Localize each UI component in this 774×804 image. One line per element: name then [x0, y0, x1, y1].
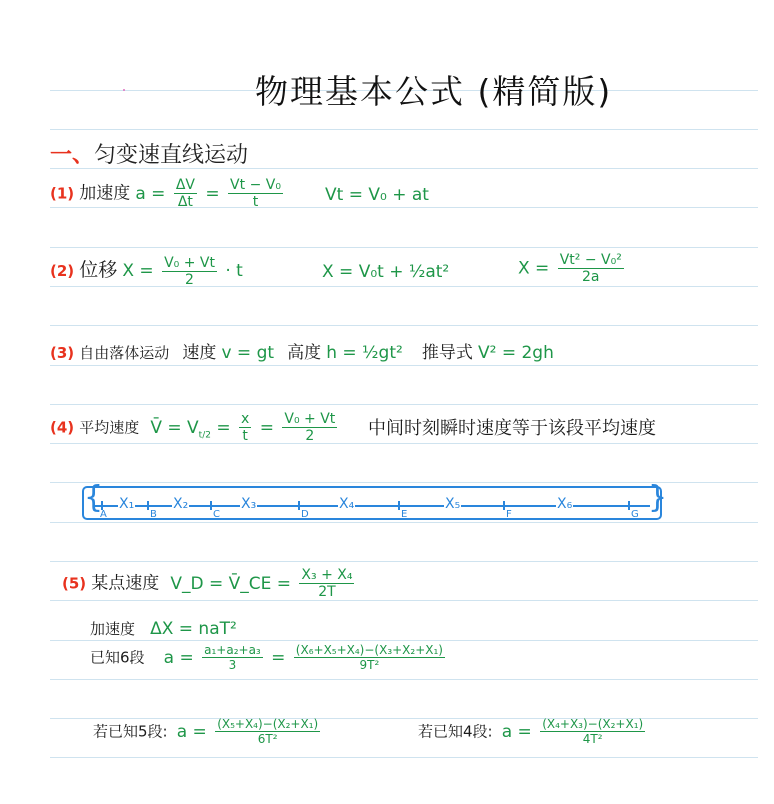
item-4-average-velocity: (4) 平均速度 V̄ = Vt/2 = xt = V₀ + Vt2: [50, 412, 340, 443]
formula: a = (X₄+X₃)−(X₂+X₁)4T²: [502, 722, 649, 742]
item-1-acceleration: (1) 加速度 a = ΔVΔt = Vt − V₀t: [50, 178, 286, 209]
rule-line: [50, 365, 758, 366]
segment-label: X₅: [444, 496, 461, 512]
item-number: (1): [50, 185, 74, 203]
fraction: V₀ + Vt2: [162, 256, 217, 287]
segment-label: X₃: [240, 496, 257, 512]
rule-line: [50, 757, 758, 758]
rule-line: [50, 129, 758, 130]
fraction: X₃ + X₄2T: [299, 568, 354, 599]
segment-label: X₁: [118, 496, 135, 512]
fraction: (X₅+X₄)−(X₂+X₁)6T²: [215, 718, 320, 745]
derived-label: 推导式: [422, 343, 473, 363]
four-label: 若已知4段:: [418, 723, 493, 741]
rule-line: [50, 640, 758, 641]
point-label: E: [401, 509, 407, 520]
item-2-displacement: (2) 位移 X = V₀ + Vt2 · t: [50, 255, 243, 287]
section-title: 匀变速直线运动: [94, 143, 248, 168]
point-label: F: [506, 509, 512, 520]
fraction: (X₆+X₅+X₄)−(X₃+X₂+X₁)9T²: [294, 644, 445, 671]
formula-x2: X = V₀t + ½at²: [322, 262, 449, 282]
rule-line: [50, 247, 758, 248]
formula: X = V₀ + Vt2 · t: [122, 261, 242, 281]
tick-d: [298, 501, 300, 510]
formula-vt: Vt = V₀ + at: [325, 185, 429, 205]
derived-formula: V² = 2gh: [478, 343, 554, 363]
point-label: B: [150, 509, 157, 520]
right-brace-icon: }: [648, 483, 667, 513]
five-segments-formula: 若已知5段: a = (X₅+X₄)−(X₂+X₁)6T²: [93, 718, 323, 745]
fraction: ΔVΔt: [174, 178, 197, 209]
formula-x3: X = Vt² − V₀²2a: [518, 253, 627, 284]
height-formula: h = ½gt²: [326, 343, 403, 363]
six-segments-formula: 已知6段 a = a₁+a₂+a₃3 = (X₆+X₅+X₄)−(X₃+X₂+X…: [90, 644, 448, 671]
point-label: C: [213, 509, 220, 520]
item-label: 加速度: [79, 184, 130, 204]
item-label: 位移: [79, 259, 117, 281]
acceleration-delta-x: 加速度 ΔX = naT²: [90, 618, 237, 639]
five-label: 若已知5段:: [93, 723, 168, 741]
section-heading: 一、匀变速直线运动: [50, 138, 248, 169]
section-marker: 一、: [50, 143, 94, 168]
item-number: (4): [50, 419, 74, 437]
fraction: xt: [239, 412, 251, 443]
item-number: (2): [50, 262, 74, 280]
average-velocity-note: 中间时刻瞬时速度等于该段平均速度: [368, 414, 656, 440]
six-label: 已知6段: [90, 649, 145, 667]
rule-line: [50, 522, 758, 523]
item-3-free-fall: (3) 自由落体运动 速度 v = gt 高度 h = ½gt² 推导式 V² …: [50, 338, 554, 363]
rule-line: [50, 443, 758, 444]
rule-line: [50, 561, 758, 562]
fraction: Vt − V₀t: [228, 178, 283, 209]
rule-line: [50, 600, 758, 601]
point-label: A: [100, 509, 107, 520]
accel-formula: ΔX = naT²: [150, 619, 237, 639]
speed-formula: v = gt: [221, 343, 274, 363]
item-number: (3): [50, 344, 74, 362]
tick-f: [503, 501, 505, 510]
segment-label: X₆: [556, 496, 573, 512]
four-segments-formula: 若已知4段: a = (X₄+X₃)−(X₂+X₁)4T²: [418, 718, 648, 745]
tick-g: [628, 501, 630, 510]
segment-label: X₂: [172, 496, 189, 512]
formula: V̄ = Vt/2 = xt = V₀ + Vt2: [150, 418, 340, 438]
formula: a = a₁+a₂+a₃3 = (X₆+X₅+X₄)−(X₃+X₂+X₁)9T²: [164, 648, 448, 668]
tick-e: [398, 501, 400, 510]
pink-dot: [123, 89, 125, 91]
item-label: 自由落体运动: [79, 344, 169, 362]
rule-line: [50, 325, 758, 326]
fraction: V₀ + Vt2: [282, 412, 337, 443]
tick-b: [147, 501, 149, 510]
segment-label: X₄: [338, 496, 355, 512]
rule-line: [50, 404, 758, 405]
formula: a = ΔVΔt = Vt − V₀t: [135, 184, 286, 204]
accel-label: 加速度: [90, 620, 135, 638]
formula-lhs: a =: [135, 184, 165, 204]
height-label: 高度: [287, 343, 321, 363]
item-5-point-velocity: (5) 某点速度 V_D = V̄_CE = X₃ + X₄2T: [62, 568, 357, 599]
formula: a = (X₅+X₄)−(X₂+X₁)6T²: [177, 722, 324, 742]
segment-diagram-box: [82, 486, 662, 520]
fraction: Vt² − V₀²2a: [558, 253, 624, 284]
tick-c: [210, 501, 212, 510]
item-label: 平均速度: [79, 419, 139, 437]
speed-label: 速度: [182, 343, 216, 363]
item-label: 某点速度: [91, 574, 159, 594]
item-number: (5): [62, 575, 86, 593]
fraction: a₁+a₂+a₃3: [202, 644, 263, 671]
page-title: 物理基本公式 (精简版): [255, 66, 612, 113]
rule-line: [50, 679, 758, 680]
point-label: D: [301, 509, 309, 520]
point-label: G: [631, 509, 639, 520]
fraction: (X₄+X₃)−(X₂+X₁)4T²: [540, 718, 645, 745]
formula: V_D = V̄_CE = X₃ + X₄2T: [170, 574, 357, 594]
